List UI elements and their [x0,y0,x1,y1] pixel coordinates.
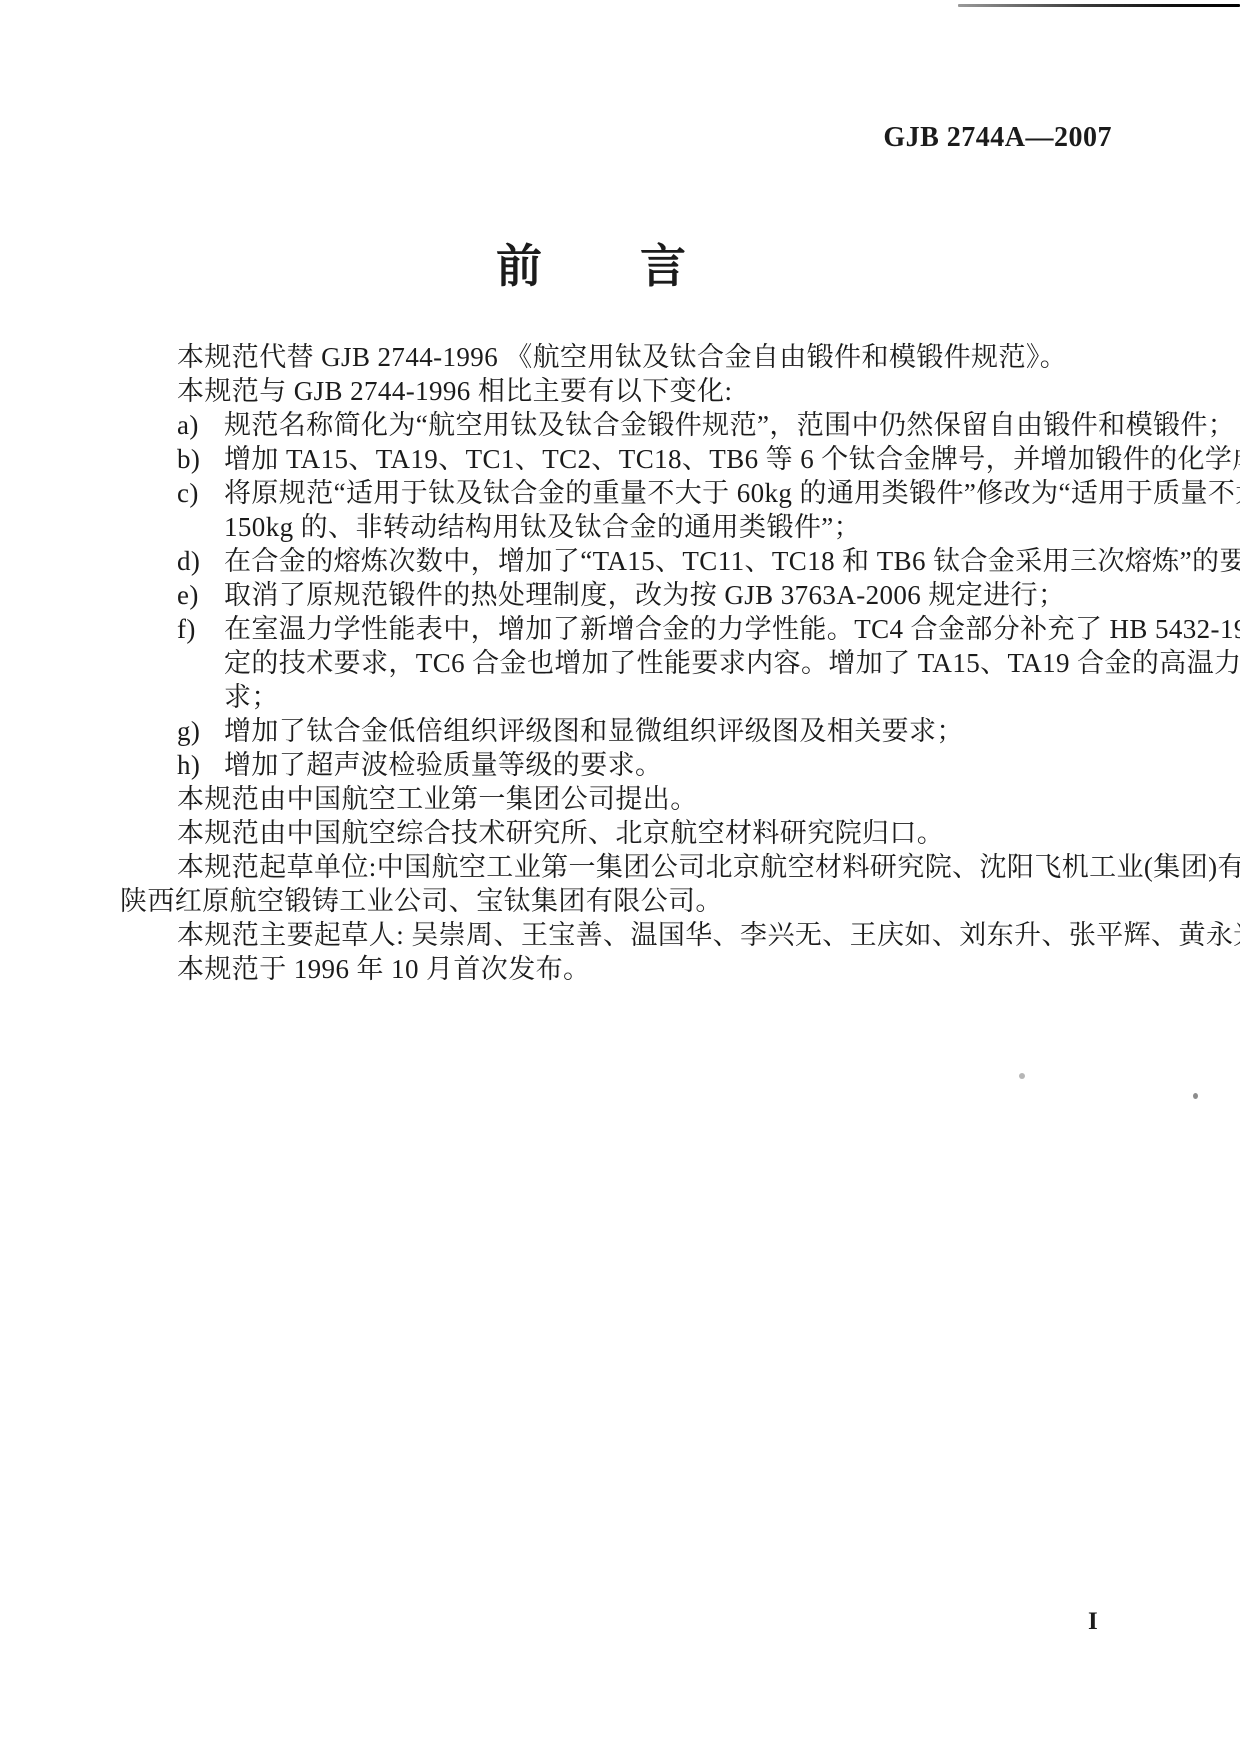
list-marker-h: h) [177,748,224,782]
list-item-d: d) 在合金的熔炼次数中，增加了“TA15、TC11、TC18 和 TB6 钛合… [120,544,1134,578]
paragraph-drafting-units: 本规范起草单位:中国航空工业第一集团公司北京航空材料研究院、沈阳飞机工业(集团)… [120,850,1134,884]
list-marker-d: d) [177,544,224,578]
list-marker-c: c) [177,476,224,510]
page-title: 前 言 [0,230,1184,296]
document-page: GJB 2744A—2007 前 言 本规范代替 GJB 2744-1996 《… [0,0,1240,1755]
scan-edge-line [958,4,1240,7]
paragraph-drafting-units-continuation: 陕西红原航空锻铸工业公司、宝钛集团有限公司。 [120,884,1134,918]
list-item-g-text: 增加了钛合金低倍组织评级图和显微组织评级图及相关要求； [224,714,964,748]
list-item-f-text: 在室温力学性能表中，增加了新增合金的力学性能。TC4 合金部分补充了 HB 54… [224,612,1240,646]
list-item-e: e) 取消了原规范锻件的热处理制度，改为按 GJB 3763A-2006 规定进… [120,578,1134,612]
paragraph-first-issued: 本规范于 1996 年 10 月首次发布。 [120,952,1134,986]
list-marker-e: e) [177,578,224,612]
paragraph-proposed-by: 本规范由中国航空工业第一集团公司提出。 [120,782,1134,816]
list-item-f-continuation-2: 求； [120,680,1134,714]
list-item-f-continuation-1: 定的技术要求，TC6 合金也增加了性能要求内容。增加了 TA15、TA19 合金… [120,646,1134,680]
list-item-e-text: 取消了原规范锻件的热处理制度，改为按 GJB 3763A-2006 规定进行； [224,578,1065,612]
list-item-c-text: 将原规范“适用于钛及钛合金的重量不大于 60kg 的通用类锻件”修改为“适用于质… [224,476,1240,510]
list-item-b: b) 增加 TA15、TA19、TC1、TC2、TC18、TB6 等 6 个钛合… [120,442,1134,476]
list-marker-a: a) [177,408,224,442]
list-item-b-text: 增加 TA15、TA19、TC1、TC2、TC18、TB6 等 6 个钛合金牌号… [224,442,1240,476]
list-marker-f: f) [177,612,224,646]
paragraph-changes-intro: 本规范与 GJB 2744-1996 相比主要有以下变化: [120,374,1134,408]
scan-speck [1193,1093,1198,1099]
list-item-h: h) 增加了超声波检验质量等级的要求。 [120,748,1134,782]
list-marker-g: g) [177,714,224,748]
paragraph-drafters: 本规范主要起草人: 吴崇周、王宝善、温国华、李兴无、王庆如、刘东升、张平辉、黄永… [120,918,1134,952]
page-number: I [1088,1608,1098,1636]
doc-number: GJB 2744A—2007 [883,122,1112,154]
list-item-c: c) 将原规范“适用于钛及钛合金的重量不大于 60kg 的通用类锻件”修改为“适… [120,476,1134,510]
paragraph-replaces: 本规范代替 GJB 2744-1996 《航空用钛及钛合金自由锻件和模锻件规范》… [120,340,1134,374]
document-body: 本规范代替 GJB 2744-1996 《航空用钛及钛合金自由锻件和模锻件规范》… [120,340,1134,986]
list-item-a-text: 规范名称简化为“航空用钛及钛合金锻件规范”，范围中仍然保留自由锻件和模锻件； [224,408,1235,442]
list-item-d-text: 在合金的熔炼次数中，增加了“TA15、TC11、TC18 和 TB6 钛合金采用… [224,544,1240,578]
list-item-a: a) 规范名称简化为“航空用钛及钛合金锻件规范”，范围中仍然保留自由锻件和模锻件… [120,408,1134,442]
list-item-f: f) 在室温力学性能表中，增加了新增合金的力学性能。TC4 合金部分补充了 HB… [120,612,1134,646]
list-item-c-continuation: 150kg 的、非转动结构用钛及钛合金的通用类锻件”； [120,510,1134,544]
list-marker-b: b) [177,442,224,476]
scan-speck [1019,1073,1025,1079]
list-item-h-text: 增加了超声波检验质量等级的要求。 [224,748,662,782]
list-item-g: g) 增加了钛合金低倍组织评级图和显微组织评级图及相关要求； [120,714,1134,748]
paragraph-centralized-by: 本规范由中国航空综合技术研究所、北京航空材料研究院归口。 [120,816,1134,850]
